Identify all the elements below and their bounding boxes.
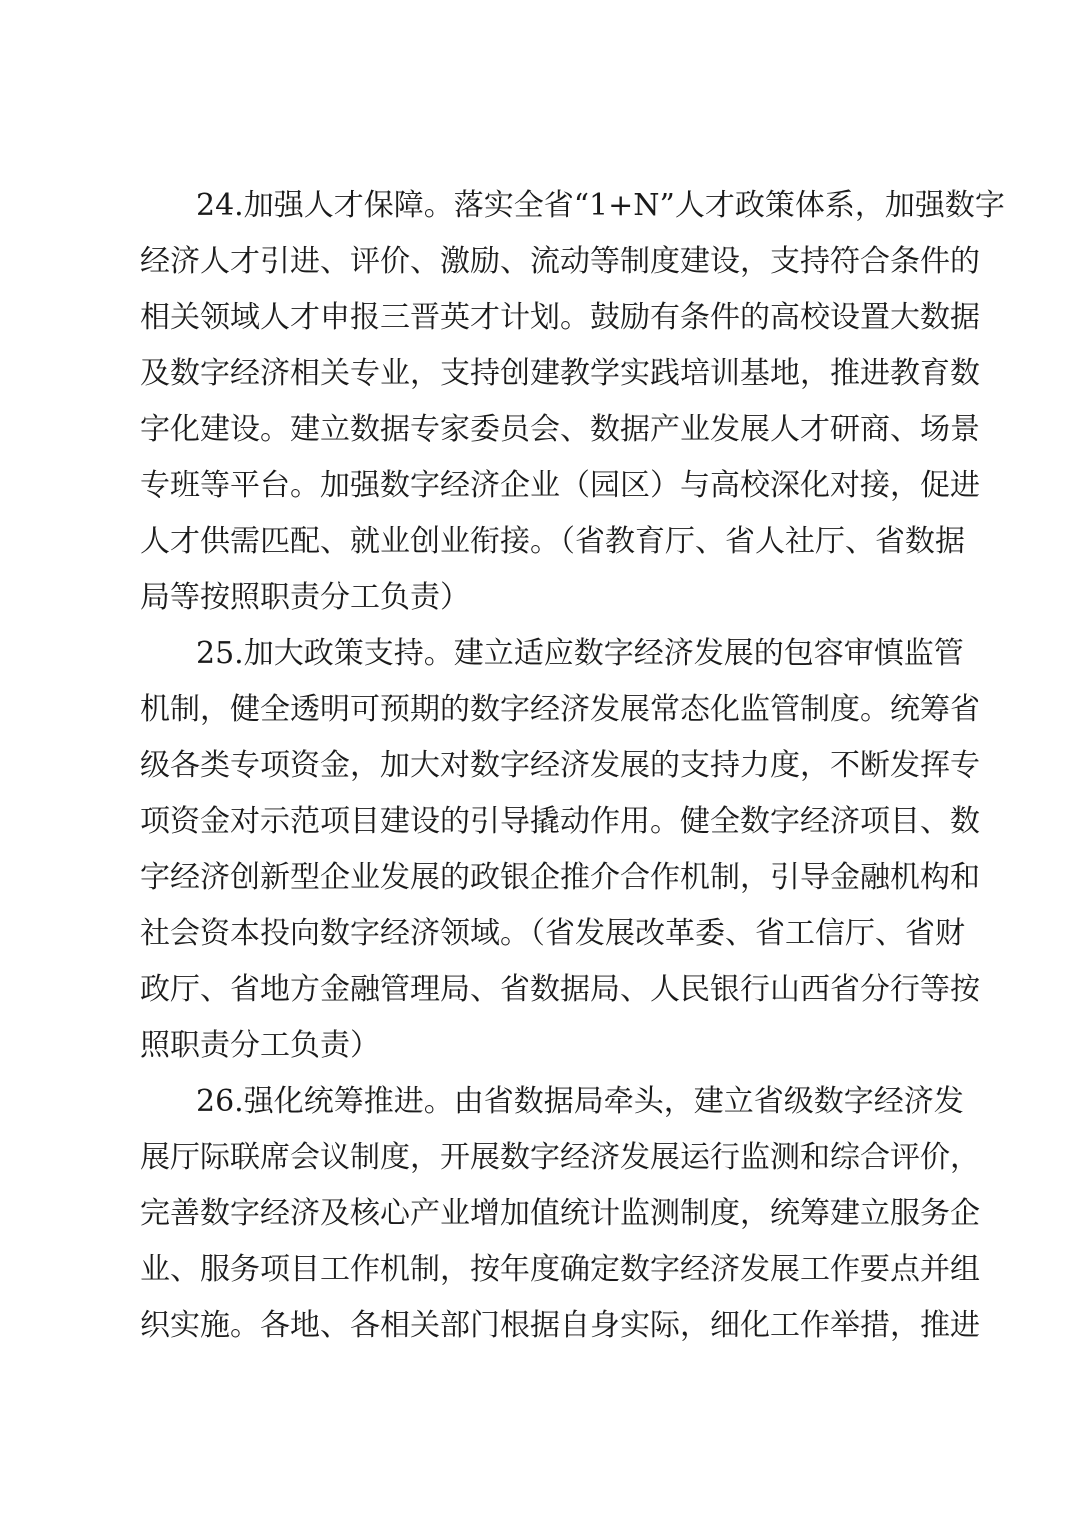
paragraph-line: 局等按照职责分工负责） [140, 570, 940, 626]
paragraph-line: 项资金对示范项目建设的引导撬动作用。健全数字经济项目、数 [140, 794, 940, 850]
paragraph-line: 26.强化统筹推进。由省数据局牵头，建立省级数字经济发 [196, 1074, 940, 1130]
paragraph-line: 完善数字经济及核心产业增加值统计监测制度，统筹建立服务企 [140, 1186, 940, 1242]
paragraph-line: 及数字经济相关专业，支持创建教学实践培训基地，推进教育数 [140, 346, 940, 402]
paragraph-line: 业、服务项目工作机制，按年度确定数字经济发展工作要点并组 [140, 1242, 940, 1298]
paragraph-line: 级各类专项资金，加大对数字经济发展的支持力度，不断发挥专 [140, 738, 940, 794]
paragraph-line: 25.加大政策支持。建立适应数字经济发展的包容审慎监管 [196, 626, 940, 682]
paragraph-line: 人才供需匹配、就业创业衔接。（省教育厅、省人社厅、省数据 [140, 514, 940, 570]
paragraph-line: 专班等平台。加强数字经济企业（园区）与高校深化对接，促进 [140, 458, 940, 514]
paragraph-line: 机制，健全透明可预期的数字经济发展常态化监管制度。统筹省 [140, 682, 940, 738]
paragraph-line: 社会资本投向数字经济领域。（省发展改革委、省工信厅、省财 [140, 906, 940, 962]
paragraph-line: 展厅际联席会议制度，开展数字经济发展运行监测和综合评价， [140, 1130, 940, 1186]
paragraph-line: 字经济创新型企业发展的政银企推介合作机制，引导金融机构和 [140, 850, 940, 906]
paragraph-line: 织实施。各地、各相关部门根据自身实际，细化工作举措，推进 [140, 1298, 940, 1354]
paragraph-line: 字化建设。建立数据专家委员会、数据产业发展人才研商、场景 [140, 402, 940, 458]
paragraph-line: 相关领域人才申报三晋英才计划。鼓励有条件的高校设置大数据 [140, 290, 940, 346]
paragraph-line: 24.加强人才保障。落实全省“1+N”人才政策体系，加强数字 [196, 178, 940, 234]
paragraph-line: 经济人才引进、评价、激励、流动等制度建设，支持符合条件的 [140, 234, 940, 290]
paragraph-line: 照职责分工负责） [140, 1018, 940, 1074]
paragraph-line: 政厅、省地方金融管理局、省数据局、人民银行山西省分行等按 [140, 962, 940, 1018]
document-page: 24.加强人才保障。落实全省“1+N”人才政策体系，加强数字 经济人才引进、评价… [0, 0, 1080, 1527]
